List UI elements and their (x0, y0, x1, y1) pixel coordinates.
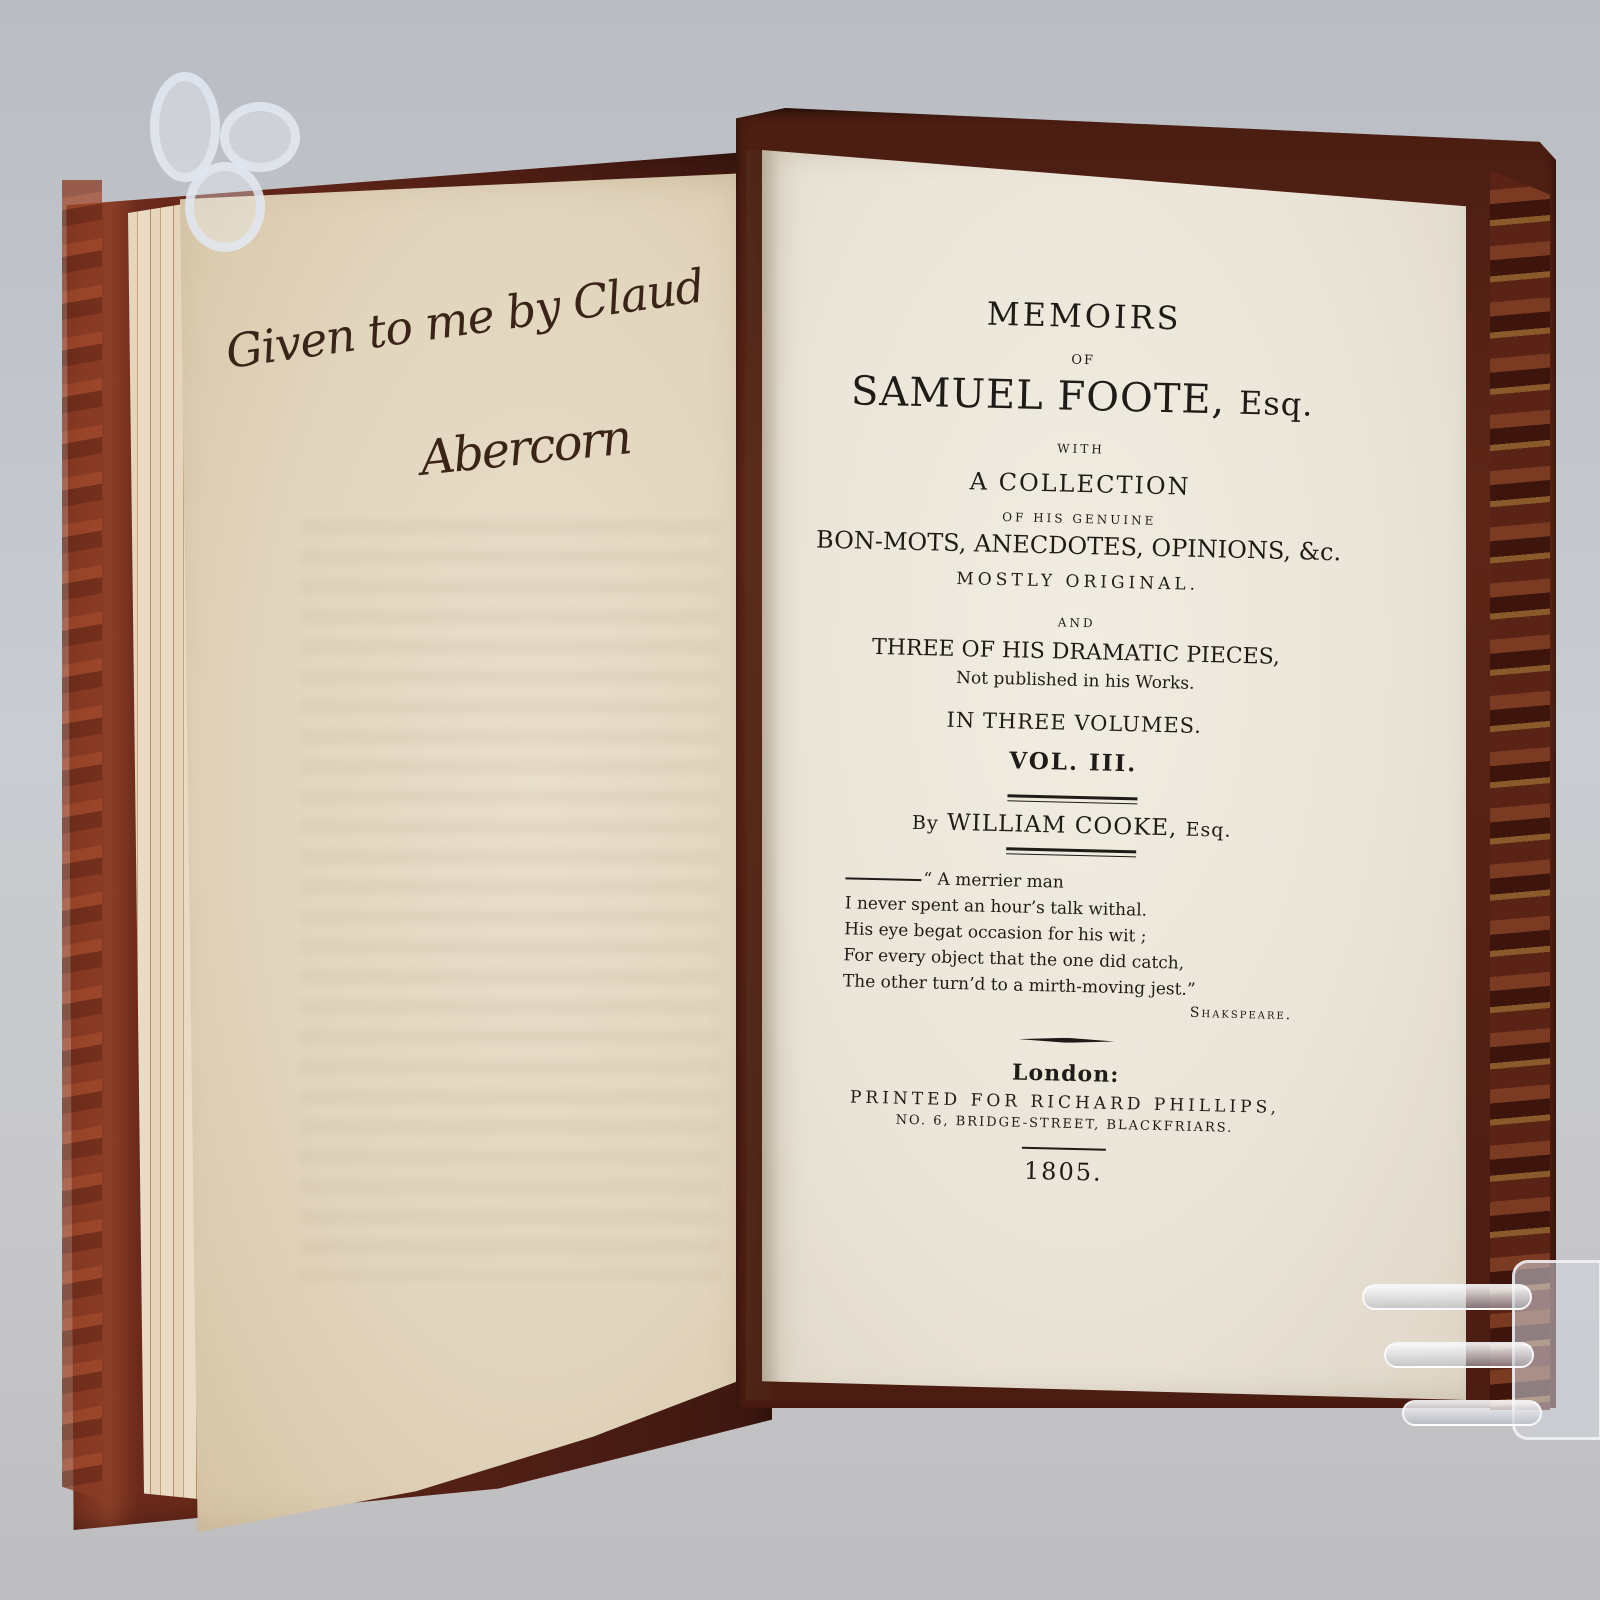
clip-prong (1402, 1400, 1542, 1426)
subject-name: SAMUEL FOOTE, Esq. (797, 367, 1368, 427)
double-rule-divider (1006, 847, 1136, 857)
epigraph: “ A merrier man I never spent an hour’s … (843, 864, 1356, 1006)
title-original: MOSTLY ORIGINAL. (793, 565, 1363, 599)
clip-lobe (185, 162, 265, 252)
book-gutter (746, 150, 780, 1400)
book-title: MEMOIRS (799, 290, 1370, 342)
page-clip-bottom-right (1362, 1240, 1600, 1440)
title-volumes: IN THREE VOLUMES. (789, 704, 1359, 742)
single-rule-divider (1022, 1147, 1106, 1151)
clip-prong (1384, 1342, 1534, 1368)
author-line: By WILLIAM COOKE, Esq. (787, 806, 1357, 846)
title-page-text: MEMOIRS OF SAMUEL FOOTE, Esq. WITH A COL… (778, 278, 1370, 1193)
double-rule-divider (1007, 794, 1137, 804)
show-through-text (300, 520, 720, 1280)
handwritten-inscription: Given to me by Claud Abercorn (230, 285, 730, 505)
title-with: WITH (796, 435, 1366, 463)
clip-prong (1362, 1284, 1532, 1310)
ornamental-rule (1018, 1037, 1114, 1044)
title-contents: BON-MOTS, ANECDOTES, OPINIONS, &c. (793, 525, 1364, 567)
em-rule (845, 877, 921, 881)
title-and: AND (792, 609, 1362, 637)
title-collection: A COLLECTION (795, 463, 1366, 505)
volume-number: VOL. III. (788, 742, 1358, 783)
clip-lobe (220, 102, 300, 172)
right-cover-marbled-edge (1490, 170, 1550, 1410)
book-photo-scene: Given to me by Claud Abercorn MEMOIRS OF… (0, 0, 1600, 1600)
page-clip-top-left (140, 72, 310, 262)
left-cover-marbled-edge (62, 180, 102, 1500)
inscription-signature: Abercorn (418, 409, 633, 487)
